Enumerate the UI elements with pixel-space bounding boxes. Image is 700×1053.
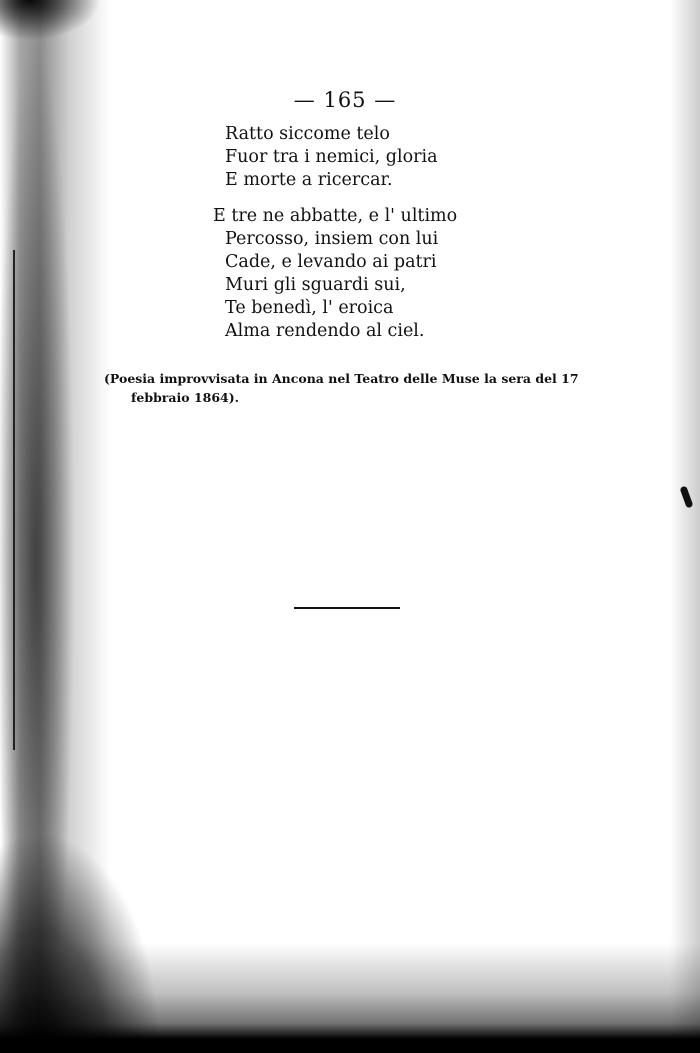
- verse-line: E morte a ricercar.: [225, 169, 438, 192]
- end-rule-divider: [294, 607, 400, 609]
- page-number: — 165 —: [290, 88, 400, 112]
- verse-line: Percosso, insiem con lui: [213, 228, 457, 251]
- verse-line: E tre ne abbatte, e l' ultimo: [213, 205, 457, 228]
- footnote-line: (Poesia improvvisata in Ancona nel Teatr…: [104, 369, 590, 388]
- verse-line: Fuor tra i nemici, gloria: [225, 146, 438, 169]
- verse-line: Ratto siccome telo: [225, 123, 438, 146]
- verse-line: Te benedì, l' eroica: [213, 297, 457, 320]
- footnote: (Poesia improvvisata in Ancona nel Teatr…: [104, 369, 590, 407]
- verse-line: Muri gli sguardi sui,: [213, 274, 457, 297]
- stanza-2: E tre ne abbatte, e l' ultimo Percosso, …: [213, 205, 457, 343]
- binding-margin-line: [13, 250, 15, 750]
- scan-shadow-bottom-left: [0, 793, 180, 1053]
- verse-line: Cade, e levando ai patri: [213, 251, 457, 274]
- stanza-1: Ratto siccome telo Fuor tra i nemici, gl…: [225, 123, 438, 192]
- verse-line: Alma rendendo al ciel.: [213, 320, 457, 343]
- footnote-line: febbraio 1864).: [104, 388, 590, 407]
- scan-shadow-top-left: [0, 0, 140, 70]
- scan-shadow-right: [670, 0, 700, 1053]
